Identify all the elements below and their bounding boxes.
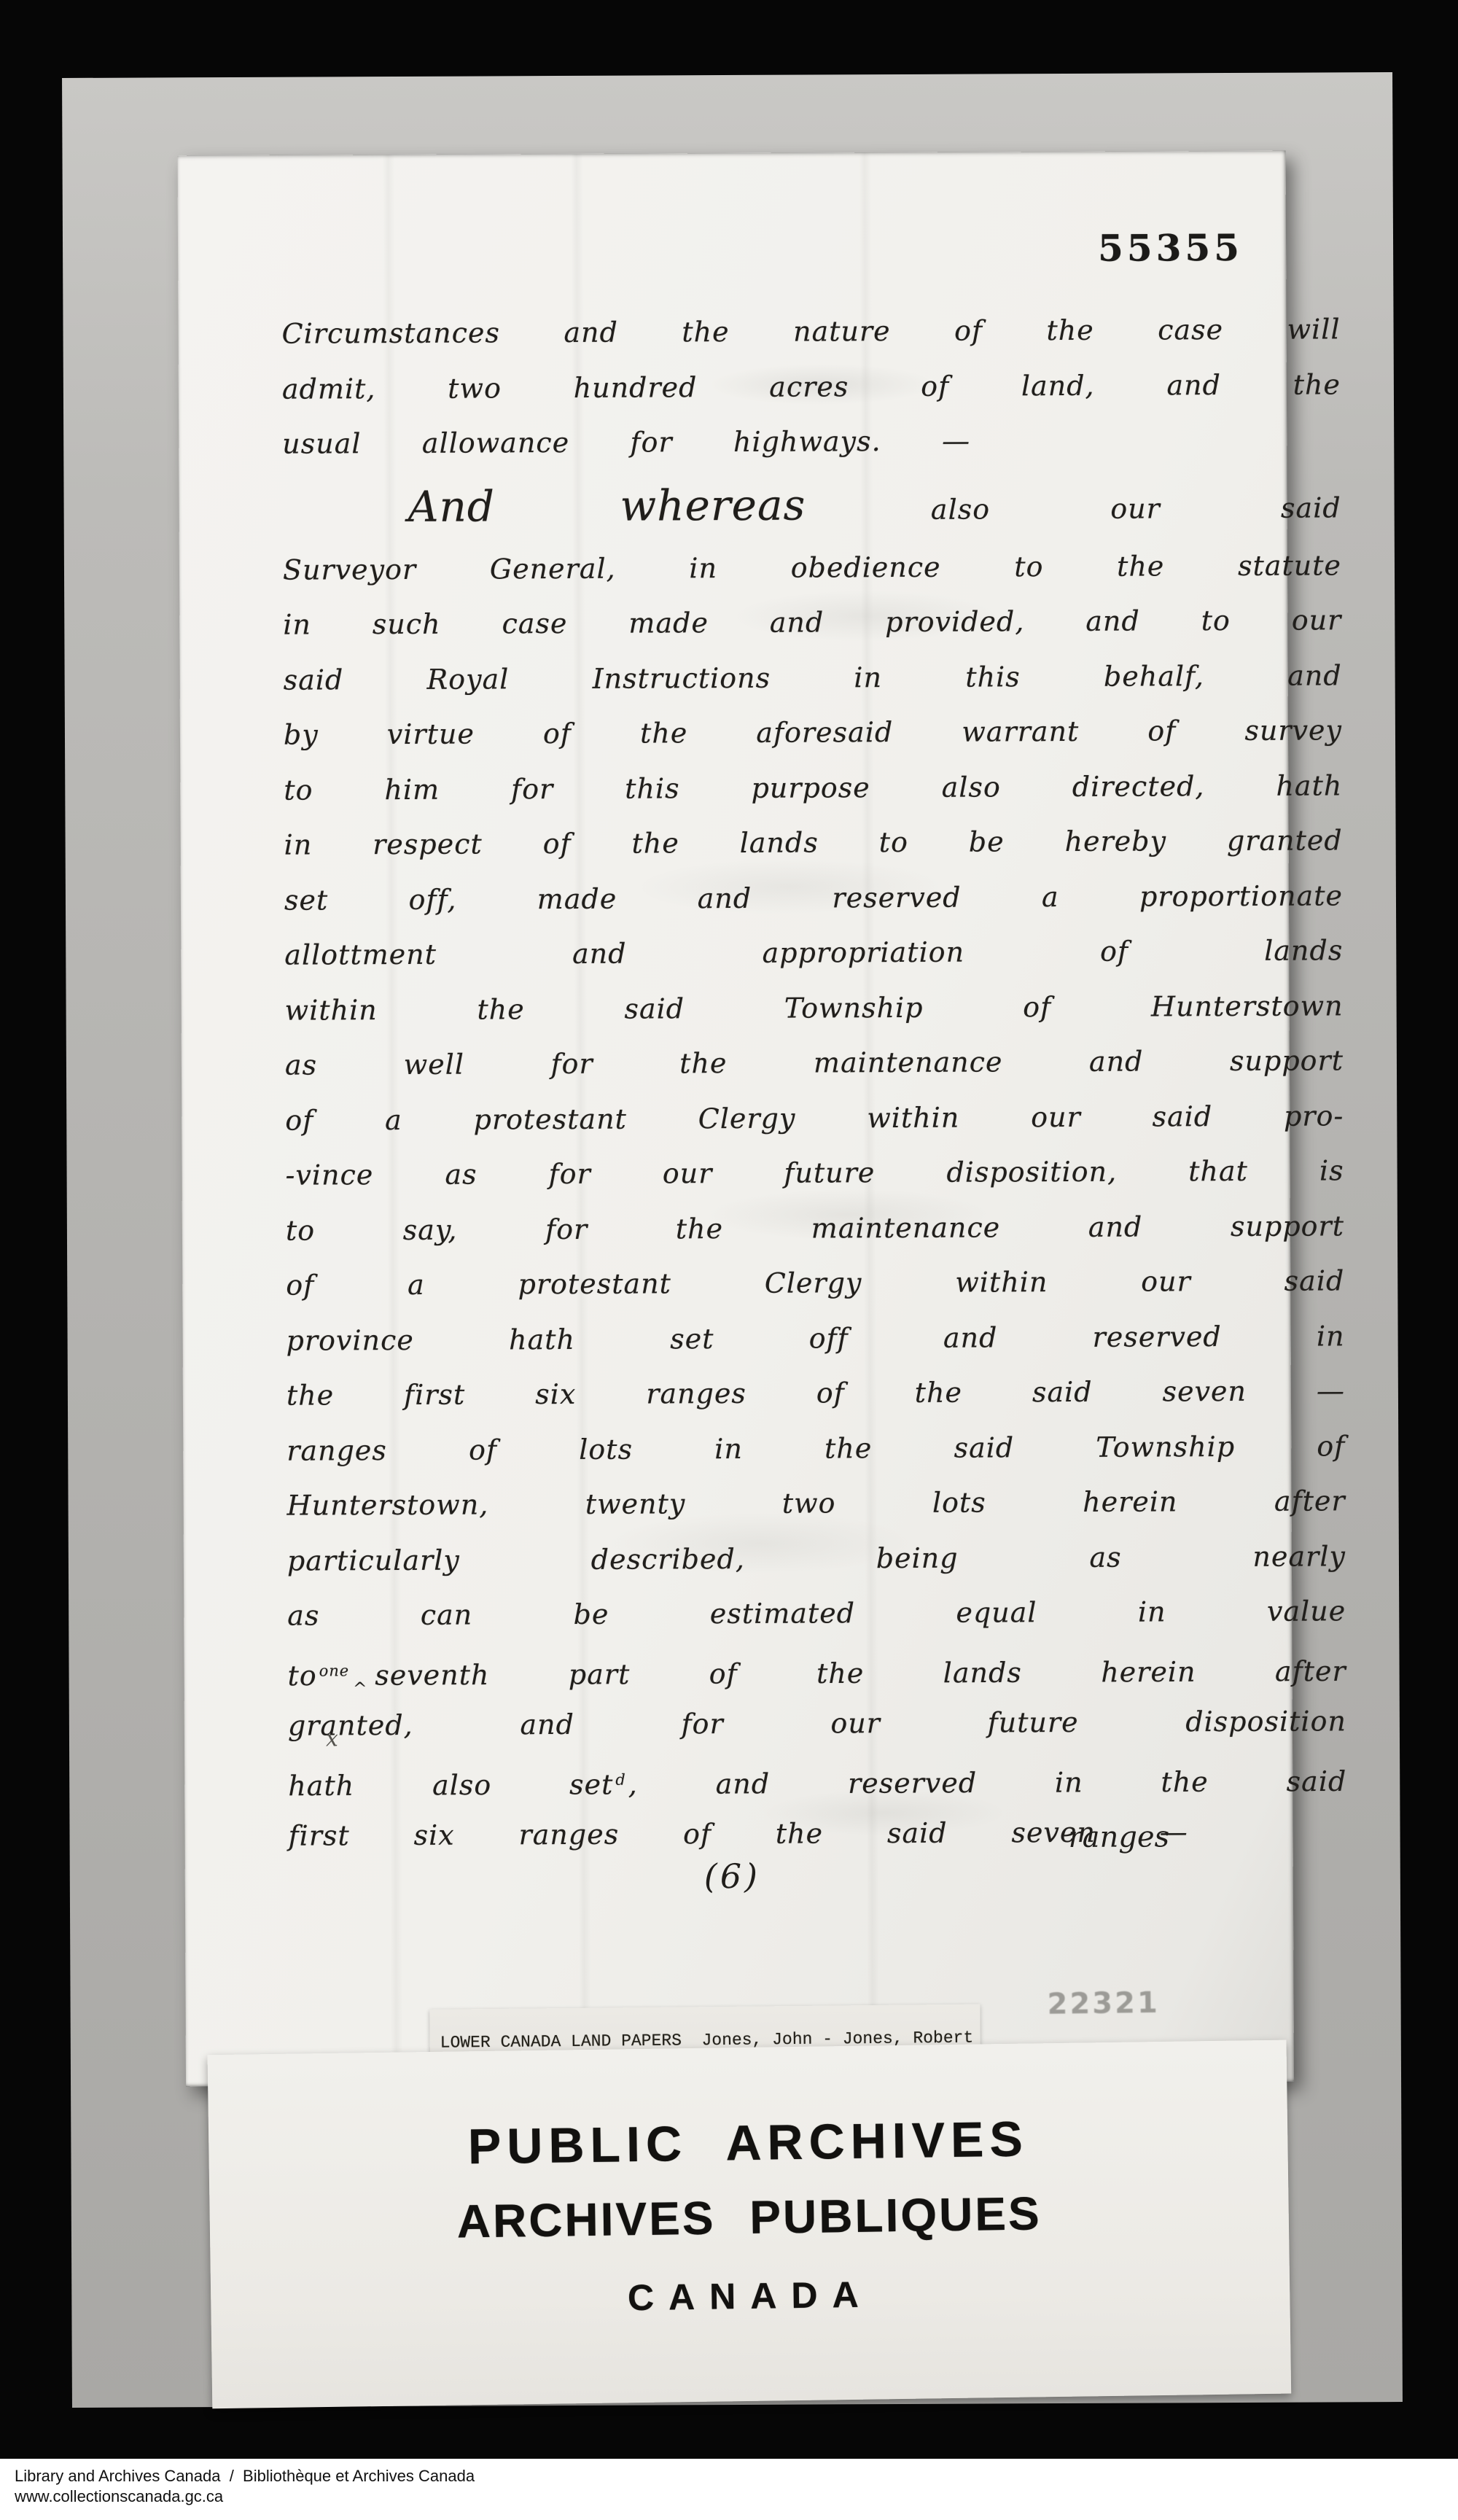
card-title-english: PUBLIC ARCHIVES <box>208 2107 1288 2179</box>
card-title-french: ARCHIVES PUBLIQUES <box>209 2183 1289 2252</box>
footer-strip: Library and Archives Canada / Bibliothèq… <box>0 2459 1458 2520</box>
manuscript-line: Surveyor General, in obedience to the st… <box>283 538 1341 598</box>
manuscript-line: ranges of lots in the said Township of <box>286 1419 1345 1479</box>
accession-number-stamp: 22321 <box>1047 1988 1160 2019</box>
manuscript-line: to him for this purpose also directed, h… <box>284 758 1342 818</box>
manuscript-line: within the said Township of Hunterstown <box>284 979 1343 1038</box>
manuscript-line: said Royal Instructions in this behalf, … <box>283 648 1341 708</box>
manuscript-line: as well for the maintenance and support <box>285 1033 1344 1093</box>
page-number: (6) <box>704 1859 760 1893</box>
footer-institution-name: Library and Archives Canada / Bibliothèq… <box>15 2466 475 2486</box>
manuscript-line: first six ranges of the said seven — <box>288 1805 1188 1864</box>
manuscript-line: And whereas also our said <box>282 467 1341 542</box>
public-archives-card: PUBLIC ARCHIVES ARCHIVES PUBLIQUES CANAD… <box>208 2040 1292 2409</box>
manuscript-line: the first six ranges of the said seven — <box>286 1364 1345 1423</box>
manuscript-line: of a protestant Clergy within our said p… <box>285 1089 1344 1148</box>
manuscript-lines: Circumstances and the nature of the case… <box>281 302 1346 1864</box>
folio-number-stamp: 55355 <box>1098 230 1243 267</box>
manuscript-line: Circumstances and the nature of the case… <box>281 302 1340 362</box>
manuscript-line: to say, for the maintenance and support <box>286 1199 1344 1259</box>
manuscript-line: in respect of the lands to be hereby gra… <box>284 813 1342 873</box>
manuscript-line: particularly described, being as nearly <box>287 1529 1346 1589</box>
manuscript-line: as can be estimated equal in value <box>287 1584 1346 1644</box>
card-title-canada: CANADA <box>211 2268 1290 2325</box>
manuscript-line: set off, made and reserved a proportiona… <box>284 868 1343 928</box>
margin-mark: x <box>326 1728 338 1750</box>
manuscript-line: in such case made and provided, and to o… <box>283 593 1341 653</box>
manuscript-page: 55355 Circumstances and the nature of th… <box>178 151 1295 2087</box>
scan-background: 55355 Circumstances and the nature of th… <box>0 0 1458 2520</box>
backing-sheet: 55355 Circumstances and the nature of th… <box>62 72 1403 2408</box>
manuscript-line: allottment and appropriation of lands <box>284 923 1343 983</box>
manuscript-line: Hunterstown, twenty two lots herein afte… <box>286 1474 1345 1533</box>
manuscript-line: of a protestant Clergy within our said <box>286 1253 1344 1313</box>
manuscript-line: granted, and for our future disposition <box>288 1694 1346 1754</box>
manuscript-line: -vince as for our future disposition, th… <box>285 1143 1344 1203</box>
manuscript-line: by virtue of the aforesaid warrant of su… <box>284 703 1342 763</box>
manuscript-line: toone^seventh part of the lands herein a… <box>287 1639 1346 1699</box>
catchword: ranges <box>1068 1822 1169 1852</box>
manuscript-line: hath also setd, and reserved in the said <box>288 1749 1346 1809</box>
footer-website-url: www.collectionscanada.gc.ca <box>15 2486 223 2507</box>
manuscript-line: usual allowance for highways. — <box>282 414 970 472</box>
manuscript-line: province hath set off and reserved in <box>286 1309 1344 1369</box>
manuscript-line: admit, two hundred acres of land, and th… <box>282 357 1341 417</box>
